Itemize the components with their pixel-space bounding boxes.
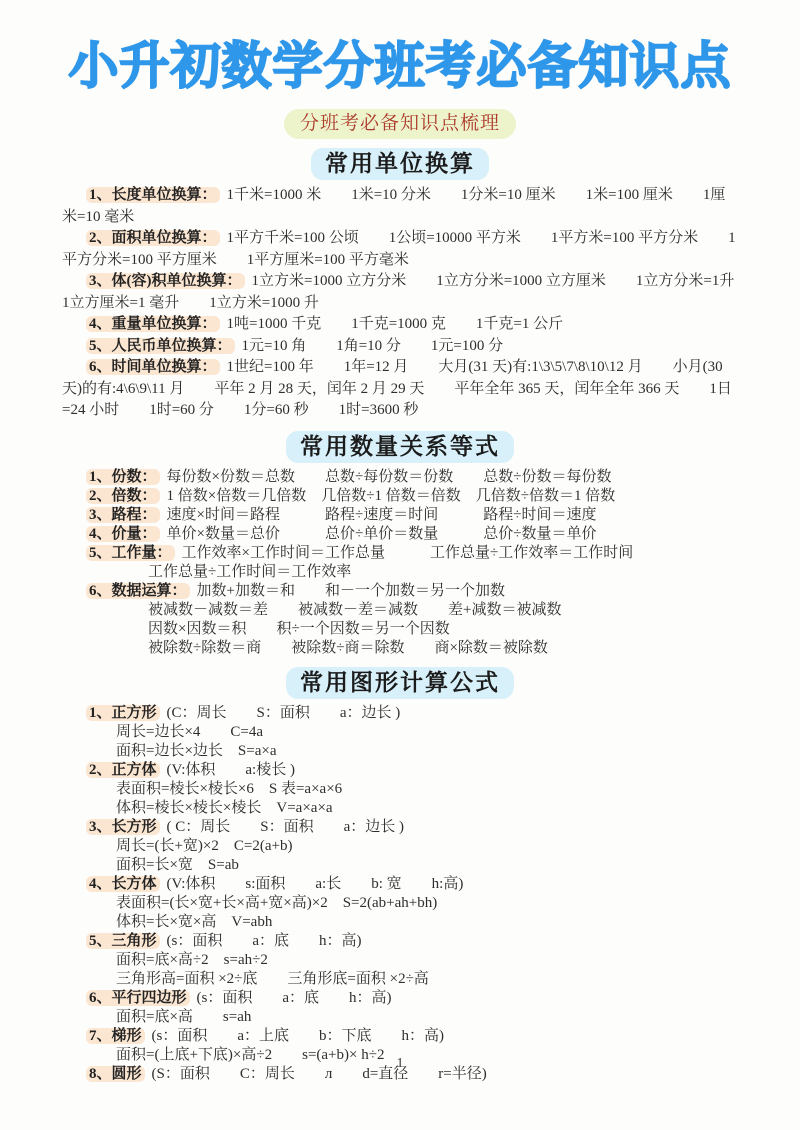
- knowledge-item: 2、面积单位换算：1平方千米=100 公顷 1公顷=10000 平方米 1平方米…: [62, 228, 738, 271]
- formula-line: 周长=(长+宽)×2 C=2(a+b): [62, 837, 738, 856]
- knowledge-item: 5、工作量：工作效率×工作时间＝工作总量 工作总量÷工作效率＝工作时间工作总量÷…: [62, 544, 738, 582]
- item-first-line: 4、重量单位换算：1吨=1000 千克 1千克=1000 克 1千克=1 公斤: [62, 314, 738, 336]
- item-label: 4、价量：: [86, 526, 160, 542]
- page-title: 小升初数学分班考必备知识点: [62, 34, 738, 98]
- item-first-line: 2、倍数：1 倍数×倍数＝几倍数 几倍数÷1 倍数＝倍数 几倍数÷倍数＝1 倍数: [62, 487, 738, 506]
- page-content: 小升初数学分班考必备知识点 分班考必备知识点梳理 常用单位换算 1、长度单位换算…: [0, 0, 800, 1084]
- item-text: 工作效率×工作时间＝工作总量 工作总量÷工作效率＝工作时间: [182, 545, 634, 561]
- knowledge-item: 2、正方体(V:体积 a:棱长 )表面积=棱长×棱长×6 S 表=a×a×6体积…: [62, 761, 738, 818]
- section-unit-conversion: 常用单位换算 1、长度单位换算：1千米=1000 米 1米=10 分米 1分米=…: [62, 148, 738, 422]
- knowledge-item: 3、长方形( C：周长 S：面积 a：边长 )周长=(长+宽)×2 C=2(a+…: [62, 818, 738, 875]
- item-text: 1吨=1000 千克 1千克=1000 克 1千克=1 公斤: [227, 316, 564, 332]
- subtitle-badge: 分班考必备知识点梳理: [284, 109, 516, 139]
- formula-line: 工作总量÷工作时间＝工作效率: [62, 563, 738, 582]
- item-label: 1、长度单位换算：: [86, 187, 220, 203]
- item-label: 2、正方体: [86, 762, 160, 778]
- section-title-shape-formulas: 常用图形计算公式: [286, 667, 514, 699]
- formula-line: 被除数÷除数＝商 被除数÷商＝除数 商×除数＝被除数: [62, 639, 738, 658]
- knowledge-item: 6、平行四边形(s：面积 a：底 h：高)面积=底×高 s=ah: [62, 989, 738, 1027]
- page-number: 1: [0, 1056, 800, 1072]
- formula-line: 面积=边长×边长 S=a×a: [62, 742, 738, 761]
- item-label: 4、重量单位换算：: [86, 316, 220, 332]
- item-first-line: 4、价量：单价×数量＝总价 总价÷单价＝数量 总价÷数量＝单价: [62, 525, 738, 544]
- item-label: 4、长方体: [86, 876, 160, 892]
- item-text: (s：面积 a：底 h：高): [197, 990, 392, 1006]
- item-text: 1元=10 角 1角=10 分 1元=100 分: [242, 338, 504, 354]
- knowledge-item: 3、体(容)积单位换算：1立方米=1000 立方分米 1立方分米=1000 立方…: [62, 271, 738, 314]
- section-items: 1、长度单位换算：1千米=1000 米 1米=10 分米 1分米=10 厘米 1…: [62, 185, 738, 422]
- item-label: 5、人民币单位换算：: [86, 338, 235, 354]
- item-first-line: 3、体(容)积单位换算：1立方米=1000 立方分米 1立方分米=1000 立方…: [62, 271, 738, 314]
- knowledge-item: 1、份数：每份数×份数＝总数 总数÷每份数＝份数 总数÷份数＝每份数: [62, 468, 738, 487]
- item-first-line: 3、路程：速度×时间＝路程 路程÷速度＝时间 路程÷时间＝速度: [62, 506, 738, 525]
- item-text: 单价×数量＝总价 总价÷单价＝数量 总价÷数量＝单价: [167, 526, 597, 542]
- formula-line: 因数×因数＝积 积÷一个因数＝另一个因数: [62, 620, 738, 639]
- knowledge-item: 4、长方体(V:体积 s:面积 a:长 b: 宽 h:高)表面积=(长×宽+长×…: [62, 875, 738, 932]
- formula-line: 体积=棱长×棱长×棱长 V=a×a×a: [62, 799, 738, 818]
- item-first-line: 5、三角形(s：面积 a：底 h：高): [62, 932, 738, 951]
- knowledge-item: 4、重量单位换算：1吨=1000 千克 1千克=1000 克 1千克=1 公斤: [62, 314, 738, 336]
- item-label: 1、份数：: [86, 469, 160, 485]
- item-label: 1、正方形: [86, 705, 160, 721]
- formula-line: 体积=长×宽×高 V=abh: [62, 913, 738, 932]
- item-label: 6、时间单位换算：: [86, 359, 220, 375]
- item-text: (C：周长 S：面积 a：边长 ): [167, 705, 401, 721]
- knowledge-item: 1、长度单位换算：1千米=1000 米 1米=10 分米 1分米=10 厘米 1…: [62, 185, 738, 228]
- item-text: 速度×时间＝路程 路程÷速度＝时间 路程÷时间＝速度: [167, 507, 597, 523]
- item-text: 1 倍数×倍数＝几倍数 几倍数÷1 倍数＝倍数 几倍数÷倍数＝1 倍数: [167, 488, 616, 504]
- item-label: 5、工作量：: [86, 545, 175, 561]
- item-label: 2、倍数：: [86, 488, 160, 504]
- item-first-line: 2、面积单位换算：1平方千米=100 公顷 1公顷=10000 平方米 1平方米…: [62, 228, 738, 271]
- section-title-unit-conversion: 常用单位换算: [311, 148, 489, 180]
- knowledge-item: 6、数据运算：加数+加数＝和 和－一个加数＝另一个加数被减数－减数＝差 被减数－…: [62, 582, 738, 658]
- section-items: 1、份数：每份数×份数＝总数 总数÷每份数＝份数 总数÷份数＝每份数2、倍数：1…: [62, 468, 738, 658]
- item-label: 5、三角形: [86, 933, 160, 949]
- subtitle-row: 分班考必备知识点梳理: [62, 109, 738, 139]
- item-label: 3、路程：: [86, 507, 160, 523]
- item-first-line: 7、梯形(s：面积 a：上底 b：下底 h：高): [62, 1027, 738, 1046]
- section-title-quantity-relations: 常用数量关系等式: [286, 431, 514, 463]
- item-first-line: 4、长方体(V:体积 s:面积 a:长 b: 宽 h:高): [62, 875, 738, 894]
- knowledge-item: 5、人民币单位换算：1元=10 角 1角=10 分 1元=100 分: [62, 336, 738, 358]
- item-text: (s：面积 a：上底 b：下底 h：高): [152, 1028, 445, 1044]
- item-label: 7、梯形: [86, 1028, 145, 1044]
- formula-line: 三角形高=面积 ×2÷底 三角形底=面积 ×2÷高: [62, 970, 738, 989]
- item-text: 加数+加数＝和 和－一个加数＝另一个加数: [197, 583, 505, 599]
- document-page: 小升初数学分班考必备知识点 分班考必备知识点梳理 常用单位换算 1、长度单位换算…: [0, 0, 800, 1130]
- section-items: 1、正方形(C：周长 S：面积 a：边长 )周长=边长×4 C=4a面积=边长×…: [62, 704, 738, 1084]
- knowledge-item: 4、价量：单价×数量＝总价 总价÷单价＝数量 总价÷数量＝单价: [62, 525, 738, 544]
- item-text: (V:体积 s:面积 a:长 b: 宽 h:高): [167, 876, 464, 892]
- knowledge-item: 6、时间单位换算：1世纪=100 年 1年=12 月 大月(31 天)有:1\3…: [62, 357, 738, 422]
- item-text: 每份数×份数＝总数 总数÷每份数＝份数 总数÷份数＝每份数: [167, 469, 612, 485]
- item-first-line: 1、份数：每份数×份数＝总数 总数÷每份数＝份数 总数÷份数＝每份数: [62, 468, 738, 487]
- item-first-line: 5、工作量：工作效率×工作时间＝工作总量 工作总量÷工作效率＝工作时间: [62, 544, 738, 563]
- item-text: ( C：周长 S：面积 a：边长 ): [167, 819, 405, 835]
- item-first-line: 3、长方形( C：周长 S：面积 a：边长 ): [62, 818, 738, 837]
- formula-line: 被减数－减数＝差 被减数－差＝减数 差+减数＝被减数: [62, 601, 738, 620]
- section-quantity-relations: 常用数量关系等式 1、份数：每份数×份数＝总数 总数÷每份数＝份数 总数÷份数＝…: [62, 431, 738, 658]
- item-first-line: 2、正方体(V:体积 a:棱长 ): [62, 761, 738, 780]
- knowledge-item: 3、路程：速度×时间＝路程 路程÷速度＝时间 路程÷时间＝速度: [62, 506, 738, 525]
- item-label: 2、面积单位换算：: [86, 230, 220, 246]
- formula-line: 周长=边长×4 C=4a: [62, 723, 738, 742]
- knowledge-item: 2、倍数：1 倍数×倍数＝几倍数 几倍数÷1 倍数＝倍数 几倍数÷倍数＝1 倍数: [62, 487, 738, 506]
- item-label: 3、体(容)积单位换算：: [86, 273, 245, 289]
- item-first-line: 6、平行四边形(s：面积 a：底 h：高): [62, 989, 738, 1008]
- formula-line: 面积=底×高 s=ah: [62, 1008, 738, 1027]
- section-shape-formulas: 常用图形计算公式 1、正方形(C：周长 S：面积 a：边长 )周长=边长×4 C…: [62, 667, 738, 1084]
- item-text: (s：面积 a：底 h：高): [167, 933, 362, 949]
- item-text: (V:体积 a:棱长 ): [167, 762, 295, 778]
- formula-line: 表面积=棱长×棱长×6 S 表=a×a×6: [62, 780, 738, 799]
- knowledge-item: 5、三角形(s：面积 a：底 h：高)面积=底×高÷2 s=ah÷2三角形高=面…: [62, 932, 738, 989]
- item-label: 3、长方形: [86, 819, 160, 835]
- formula-line: 面积=长×宽 S=ab: [62, 856, 738, 875]
- item-label: 6、数据运算：: [86, 583, 190, 599]
- formula-line: 面积=底×高÷2 s=ah÷2: [62, 951, 738, 970]
- formula-line: 表面积=(长×宽+长×高+宽×高)×2 S=2(ab+ah+bh): [62, 894, 738, 913]
- item-first-line: 6、数据运算：加数+加数＝和 和－一个加数＝另一个加数: [62, 582, 738, 601]
- item-label: 6、平行四边形: [86, 990, 190, 1006]
- item-first-line: 5、人民币单位换算：1元=10 角 1角=10 分 1元=100 分: [62, 336, 738, 358]
- knowledge-item: 1、正方形(C：周长 S：面积 a：边长 )周长=边长×4 C=4a面积=边长×…: [62, 704, 738, 761]
- item-first-line: 1、正方形(C：周长 S：面积 a：边长 ): [62, 704, 738, 723]
- item-first-line: 6、时间单位换算：1世纪=100 年 1年=12 月 大月(31 天)有:1\3…: [62, 357, 738, 422]
- item-first-line: 1、长度单位换算：1千米=1000 米 1米=10 分米 1分米=10 厘米 1…: [62, 185, 738, 228]
